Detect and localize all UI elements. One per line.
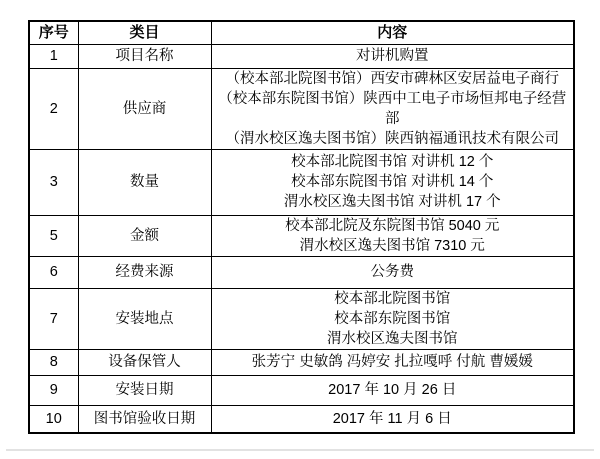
category-cell: 安装日期: [78, 375, 211, 405]
content-cell: 校本部北院图书馆 校本部东院图书馆 渭水校区逸夫图书馆: [211, 288, 574, 349]
content-cell: 2017 年 10 月 26 日: [211, 375, 574, 405]
table-row: 10 图书馆验收日期 2017 年 11 月 6 日: [29, 405, 574, 433]
content-line: 校本部北院及东院图书馆 5040 元: [215, 216, 571, 236]
row-number-cell: 9: [29, 375, 78, 405]
table-row: 7 安装地点 校本部北院图书馆 校本部东院图书馆 渭水校区逸夫图书馆: [29, 288, 574, 349]
content-line: 校本部东院图书馆: [215, 309, 571, 329]
row-number-cell: 1: [29, 44, 78, 68]
content-line: （校本部东院图书馆）陕西中工电子市场恒邦电子经营部: [215, 89, 571, 129]
category-cell: 安装地点: [78, 288, 211, 349]
category-cell: 项目名称: [78, 44, 211, 68]
row-number-cell: 2: [29, 68, 78, 149]
row-number-cell: 6: [29, 256, 78, 288]
content-line: 2017 年 10 月 26 日: [215, 380, 571, 400]
content-cell: （校本部北院图书馆）西安市碑林区安居益电子商行 （校本部东院图书馆）陕西中工电子…: [211, 68, 574, 149]
content-cell: 2017 年 11 月 6 日: [211, 405, 574, 433]
table-row: 8 设备保管人 张芳宁 史敏鸽 冯婷安 扎拉嘎呼 付航 曹媛媛: [29, 349, 574, 375]
table-row: 1 项目名称 对讲机购置: [29, 44, 574, 68]
row-number-cell: 10: [29, 405, 78, 433]
header-seq: 序号: [29, 21, 78, 44]
content-line: 张芳宁 史敏鸽 冯婷安 扎拉嘎呼 付航 曹媛媛: [215, 352, 571, 372]
category-cell: 数量: [78, 149, 211, 215]
content-cell: 对讲机购置: [211, 44, 574, 68]
table-row: 2 供应商 （校本部北院图书馆）西安市碑林区安居益电子商行 （校本部东院图书馆）…: [29, 68, 574, 149]
table-header-row: 序号 类目 内容: [29, 21, 574, 44]
category-cell: 经费来源: [78, 256, 211, 288]
table-row: 9 安装日期 2017 年 10 月 26 日: [29, 375, 574, 405]
row-number-cell: 3: [29, 149, 78, 215]
category-cell: 图书馆验收日期: [78, 405, 211, 433]
procurement-table: 序号 类目 内容 1 项目名称 对讲机购置 2 供应商 （校本部北院图书馆）西安…: [28, 20, 575, 434]
content-cell: 公务费: [211, 256, 574, 288]
content-line: 对讲机购置: [215, 46, 571, 66]
content-line: （渭水校区逸夫图书馆）陕西钠福通讯技术有限公司: [215, 129, 571, 149]
content-line: （校本部北院图书馆）西安市碑林区安居益电子商行: [215, 69, 571, 89]
content-line: 2017 年 11 月 6 日: [215, 409, 571, 429]
page-bottom-divider: [6, 449, 594, 451]
content-line: 校本部北院图书馆: [215, 289, 571, 309]
content-cell: 校本部北院及东院图书馆 5040 元 渭水校区逸夫图书馆 7310 元: [211, 215, 574, 256]
content-cell: 张芳宁 史敏鸽 冯婷安 扎拉嘎呼 付航 曹媛媛: [211, 349, 574, 375]
table-row: 5 金额 校本部北院及东院图书馆 5040 元 渭水校区逸夫图书馆 7310 元: [29, 215, 574, 256]
category-cell: 金额: [78, 215, 211, 256]
header-category: 类目: [78, 21, 211, 44]
row-number-cell: 8: [29, 349, 78, 375]
content-line: 校本部北院图书馆 对讲机 12 个: [215, 152, 571, 172]
content-cell: 校本部北院图书馆 对讲机 12 个 校本部东院图书馆 对讲机 14 个 渭水校区…: [211, 149, 574, 215]
category-cell: 设备保管人: [78, 349, 211, 375]
row-number-cell: 5: [29, 215, 78, 256]
category-cell: 供应商: [78, 68, 211, 149]
table-row: 6 经费来源 公务费: [29, 256, 574, 288]
content-line: 公务费: [215, 262, 571, 282]
content-line: 校本部东院图书馆 对讲机 14 个: [215, 172, 571, 192]
row-number-cell: 7: [29, 288, 78, 349]
content-line: 渭水校区逸夫图书馆: [215, 329, 571, 349]
table-row: 3 数量 校本部北院图书馆 对讲机 12 个 校本部东院图书馆 对讲机 14 个…: [29, 149, 574, 215]
content-line: 渭水校区逸夫图书馆 7310 元: [215, 236, 571, 256]
content-line: 渭水校区逸夫图书馆 对讲机 17 个: [215, 192, 571, 212]
header-content: 内容: [211, 21, 574, 44]
